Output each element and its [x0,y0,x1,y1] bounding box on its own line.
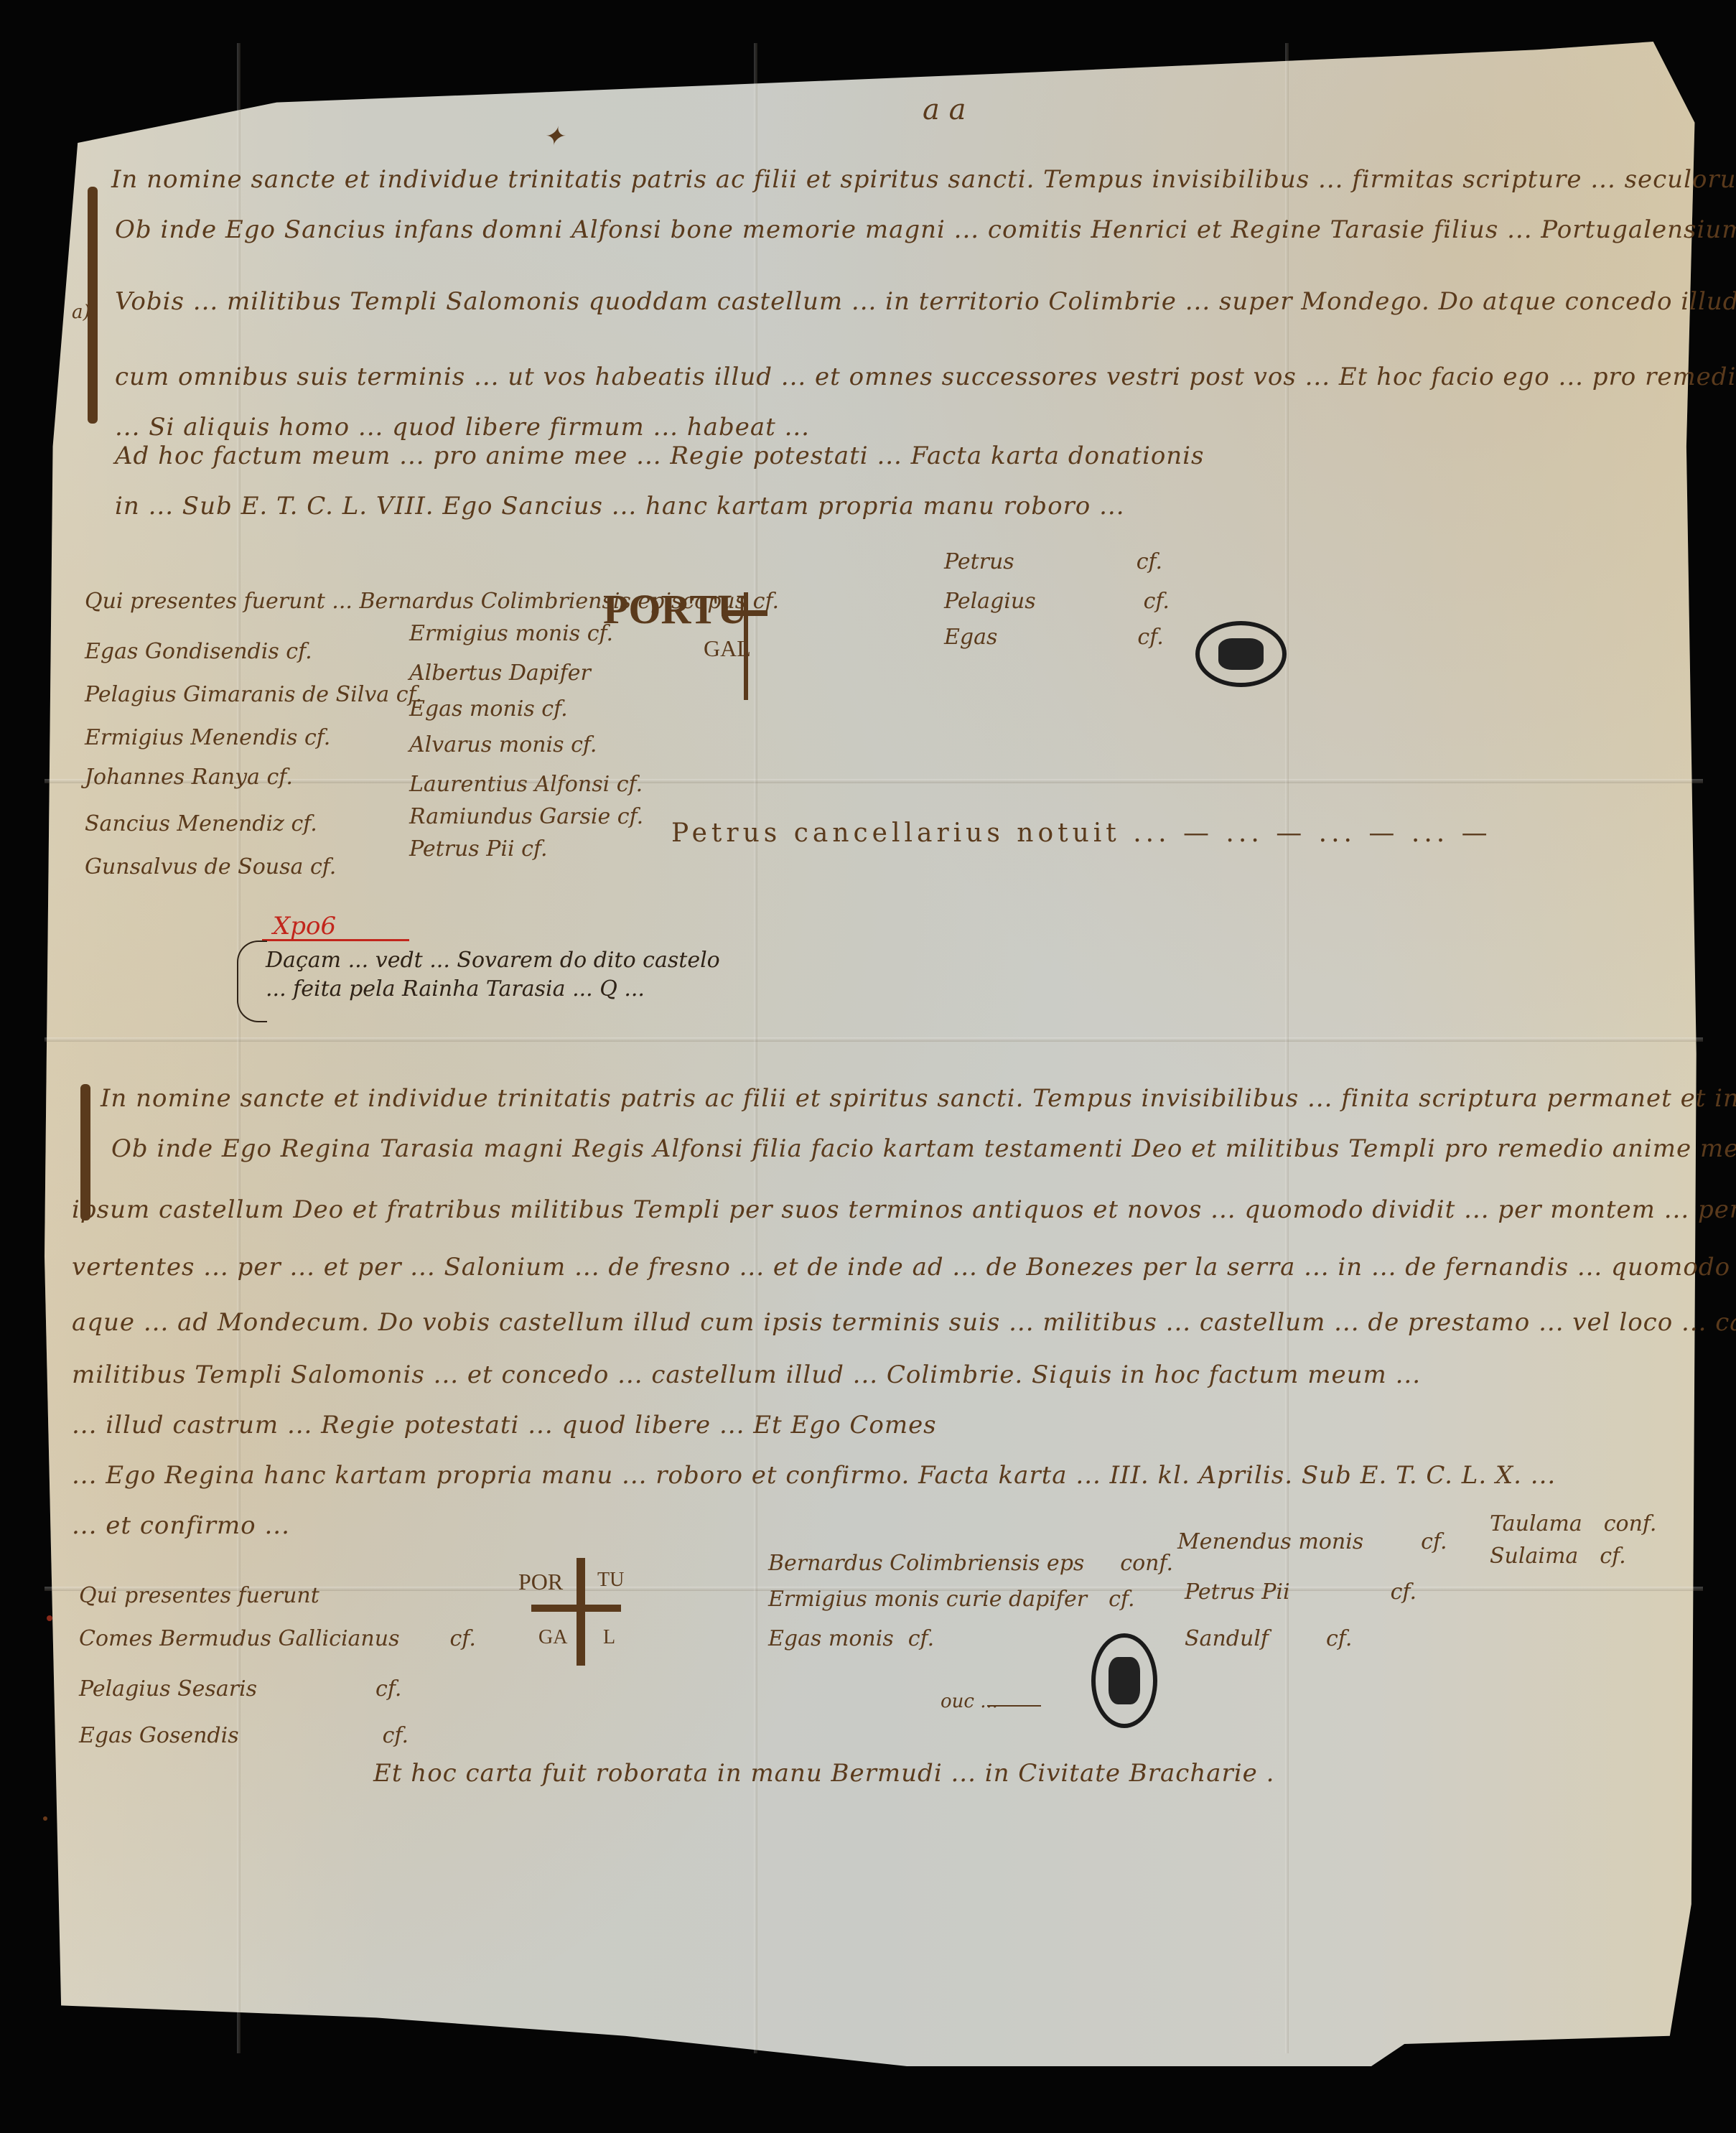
note-line: ... feita pela Rainha Tarasia ... Q ... [266,976,645,1002]
chancellor-line: Petrus cancellarius notuit ... — ... — .… [671,818,1492,848]
cross-mark-icon: ✦ [543,122,564,151]
charter-2-line: Ob inde Ego Regina Tarasia magni Regis A… [111,1134,1736,1163]
witness-entry: Pelagius Gimaranis de Silva cf. [85,682,422,707]
witness-entry: Pelagiuscf. [944,589,1170,614]
witness-entry: Pelagius Sesariscf. [79,1676,401,1702]
charter-1-line: Ad hoc factum meum ... pro anime mee ...… [115,442,1205,470]
witness-entry: Sancius Menendiz cf. [85,811,317,836]
witness-entry: Ermigius monis curie dapifercf. [768,1587,1135,1612]
charter-1-line: Vobis ... militibus Templi Salomonis quo… [115,287,1736,316]
witness-entry: Menendus moniscf. [1177,1529,1447,1554]
witness-entry: Taulamaconf. [1490,1511,1656,1536]
witness-entry: Ermigius Menendis cf. [85,725,330,750]
vertical-fold [754,43,757,2053]
witness-entry: Sulaimacf. [1490,1544,1626,1569]
horizontal-fold [45,1037,1703,1042]
note-bracket [237,941,267,1022]
folio-mark: a a [923,93,966,126]
vertical-fold [1285,43,1289,2053]
witness-entry: Egascf. [944,625,1164,650]
note-line: Daçam ... vedt ... Sovarem do dito caste… [266,948,720,973]
witness-entry: Comes Bermudus Gallicianuscf. [79,1626,476,1651]
ink-dot [47,1615,52,1621]
red-heading: Xpo6 [273,912,336,941]
charter-1-line: ... Si aliquis homo ... quod libere firm… [115,413,810,442]
witness-entry: Petrus Piicf. [1185,1579,1417,1605]
red-underline [262,939,409,941]
charter-2-line: ... Ego Regina hanc kartam propria manu … [72,1461,1556,1490]
archive-stamp-icon [1091,1633,1157,1728]
vertical-fold [237,43,241,2053]
initial-letter-i [88,187,98,424]
witness-entry: Qui presentes fuerunt [79,1583,319,1608]
archive-stamp-icon [1195,621,1287,687]
witness-entry: Ermigius monis cf. [409,621,613,646]
cross-icon [744,592,748,700]
witness-entry: Egas moniscf. [768,1626,934,1651]
witness-entry: Egas monis cf. [409,696,568,722]
charter-2-line: vertentes ... per ... et per ... Saloniu… [72,1253,1736,1282]
witness-entry: Egas Gosendiscf. [79,1723,409,1748]
witness-entry: Ramiundus Garsie cf. [409,804,643,829]
charter-1-line: In nomine sancte et individue trinitatis… [111,165,1736,194]
charter-2-line: ipsum castellum Deo et fratribus militib… [72,1195,1736,1224]
witness-entry: Albertus Dapifer [409,661,591,686]
witness-entry: Egas Gondisendis cf. [85,639,312,664]
charter-2-line: In nomine sancte et individue trinitatis… [101,1084,1736,1113]
ink-dot [43,1816,47,1821]
witness-entry: Johannes Ranya cf. [85,765,293,790]
charter-2-line: ... illud castrum ... Regie potestati ..… [72,1411,937,1439]
closing-line: Et hoc carta fuit roborata in manu Bermu… [373,1759,1274,1788]
witness-entry: Alvarus monis cf. [409,732,597,757]
charter-1-line: cum omnibus suis terminis ... ut vos hab… [115,363,1736,391]
witness-entry: Laurentius Alfonsi cf. [409,772,643,797]
charter-2-line: ... et confirmo ... [72,1511,290,1540]
charter-1-line: in ... Sub E. T. C. L. VIII. Ego Sancius… [115,492,1125,521]
witness-entry: Sandulfcf. [1185,1626,1352,1651]
charter-1-line: Ob inde Ego Sancius infans domni Alfonsi… [115,215,1736,244]
charter-2-line: militibus Templi Salomonis ... et conced… [72,1360,1421,1389]
witness-entry: Gunsalvus de Sousa cf. [85,854,336,879]
notary-mark: ouc ... [941,1691,998,1712]
witness-entry: Petruscf. [944,549,1162,574]
witness-entry: Petrus Pii cf. [409,836,548,862]
horizontal-fold [45,779,1703,783]
witness-entry: Bernardus Colimbriensis epsconf. [768,1551,1173,1576]
cross-icon [577,1558,585,1666]
charter-2-line: aque ... ad Mondecum. Do vobis castellum… [72,1308,1736,1337]
